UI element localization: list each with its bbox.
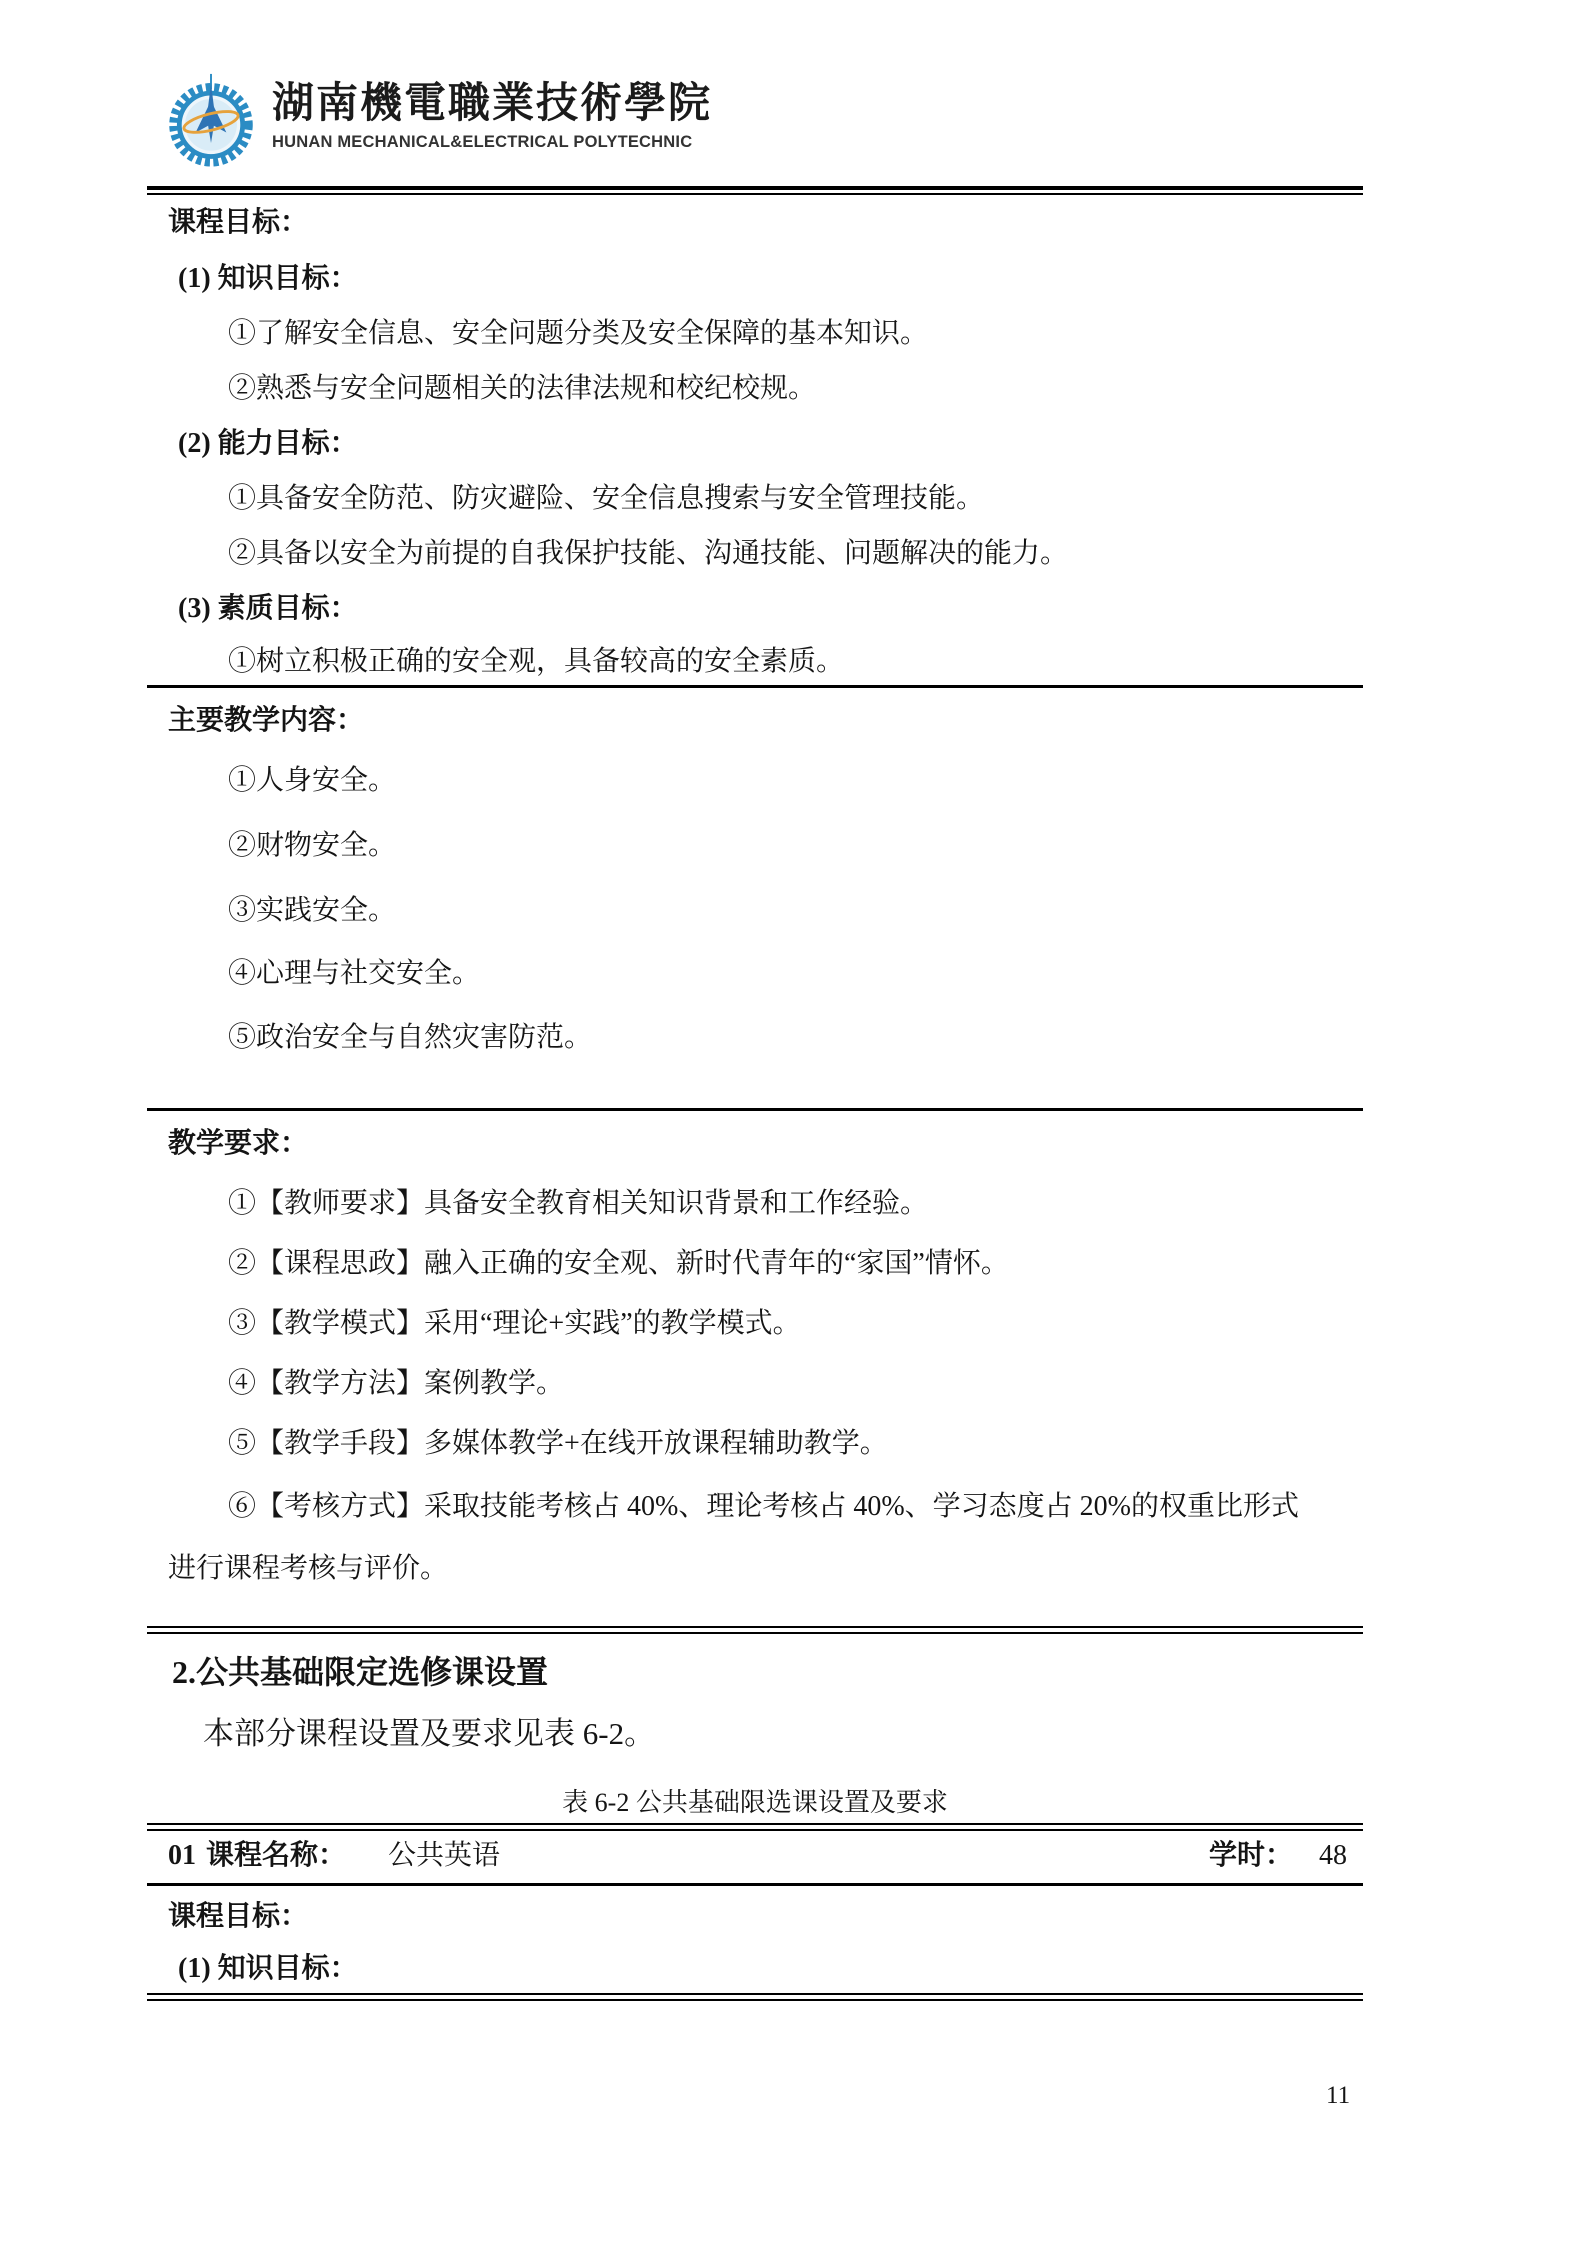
list-item: ④【教学方法】案例教学。 <box>228 1366 564 1402</box>
list-item: ②财物安全。 <box>228 828 396 864</box>
course-name-label: 课程名称： <box>206 1838 346 1874</box>
document-page: 湖南機電職業技術學院 HUNAN MECHANICAL&ELECTRICAL P… <box>0 0 1587 2245</box>
hours-label: 学时： <box>1209 1838 1293 1874</box>
table-row-course: 01 课程名称： 公共英语 学时： 48 <box>147 1838 1363 1874</box>
list-item: ①具备安全防范、防灾避险、安全信息搜索与安全管理技能。 <box>228 481 984 517</box>
divider-double-top <box>147 186 1363 195</box>
list-item: ③实践安全。 <box>228 893 396 929</box>
section2-heading: 2.公共基础限定选修课设置 <box>172 1652 548 1692</box>
course-number: 01 <box>168 1838 196 1874</box>
school-name-en: HUNAN MECHANICAL&ELECTRICAL POLYTECHNIC <box>272 133 712 152</box>
gear-tower-emblem-icon <box>163 72 259 168</box>
list-item: ⑥【考核方式】采取技能考核占 40%、理论考核占 40%、学习态度占 20%的权… <box>228 1489 1299 1525</box>
divider-single <box>147 1108 1363 1111</box>
section2-intro: 本部分课程设置及要求见表 6-2。 <box>203 1714 655 1754</box>
school-name-zh: 湖南機電職業技術學院 <box>272 80 712 128</box>
list-item: ①人身安全。 <box>228 763 396 799</box>
list-item: ①【教师要求】具备安全教育相关知识背景和工作经验。 <box>228 1186 928 1222</box>
list-item: ④心理与社交安全。 <box>228 956 480 992</box>
section-title-objectives: 课程目标： <box>168 205 308 241</box>
school-name-block: 湖南機電職業技術學院 HUNAN MECHANICAL&ELECTRICAL P… <box>272 80 712 152</box>
divider-single <box>147 685 1363 688</box>
list-item: ①树立积极正确的安全观，具备较高的安全素质。 <box>228 644 844 680</box>
school-logo <box>163 72 259 173</box>
list-item: ①了解安全信息、安全问题分类及安全保障的基本知识。 <box>228 316 928 352</box>
hours-value: 48 <box>1319 1838 1347 1874</box>
page-number: 11 <box>1326 2082 1350 2110</box>
table-border-bottom <box>147 1993 1363 2001</box>
list-item: ⑤政治安全与自然灾害防范。 <box>228 1020 592 1056</box>
table-heading-knowledge: (1) 知识目标： <box>178 1951 358 1987</box>
course-name-value: 公共英语 <box>388 1838 500 1874</box>
list-item: ②【课程思政】融入正确的安全观、新时代青年的“家国”情怀。 <box>228 1246 1009 1282</box>
list-item: ②具备以安全为前提的自我保护技能、沟通技能、问题解决的能力。 <box>228 536 1068 572</box>
section-title-content: 主要教学内容： <box>168 703 364 739</box>
list-item: ③【教学模式】采用“理论+实践”的教学模式。 <box>228 1306 801 1342</box>
list-item-continuation: 进行课程考核与评价。 <box>168 1551 448 1587</box>
list-item: ②熟悉与安全问题相关的法律法规和校纪校规。 <box>228 371 816 407</box>
heading-quality: (3) 素质目标： <box>178 591 358 627</box>
table-border-top <box>147 1823 1363 1831</box>
table-section-title-objectives: 课程目标： <box>168 1899 308 1935</box>
list-item: ⑤【教学手段】多媒体教学+在线开放课程辅助教学。 <box>228 1426 888 1462</box>
table-divider-single <box>147 1883 1363 1886</box>
heading-knowledge: (1) 知识目标： <box>178 261 358 297</box>
heading-ability: (2) 能力目标： <box>178 426 358 462</box>
table-caption: 表 6-2 公共基础限选课设置及要求 <box>147 1782 1363 1819</box>
section-title-requirements: 教学要求： <box>168 1126 308 1162</box>
divider-double <box>147 1626 1363 1634</box>
